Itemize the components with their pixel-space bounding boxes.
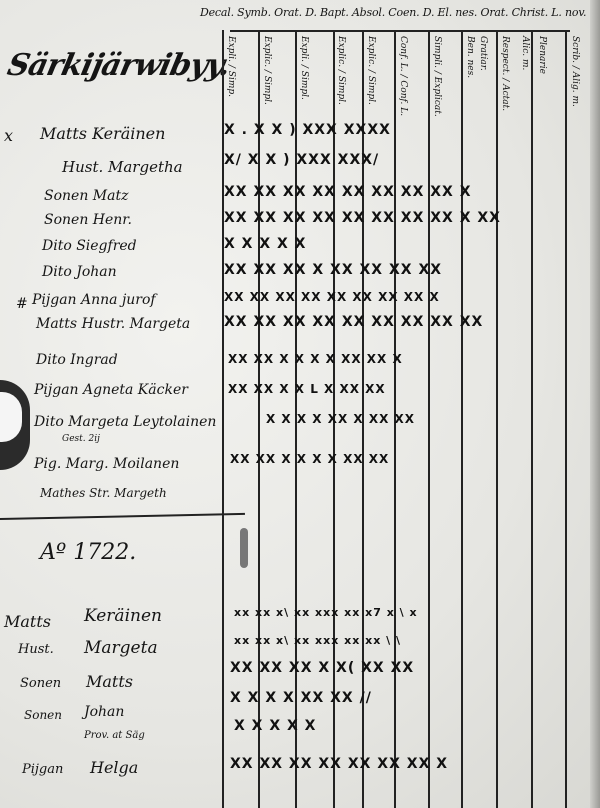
- column-header: Explic. / Simpl.: [366, 36, 376, 105]
- person-first-name: Hust.: [18, 642, 54, 657]
- column-rule: [531, 30, 533, 808]
- person-last-name: Matts: [86, 672, 133, 691]
- person-first-name: Matts: [4, 612, 51, 631]
- register-page: Decal. Symb. Orat. D. Bapt. Absol. Coen.…: [0, 0, 600, 808]
- person-name: Matts Hustr. Margeta: [36, 316, 190, 332]
- margin-mark: x: [4, 126, 13, 145]
- person-last-name: Margeta: [84, 638, 158, 658]
- column-header: Respect. / Actat.: [500, 36, 510, 111]
- attendance-marks: XX XX X X L X XX XX: [228, 382, 386, 396]
- attendance-marks: XX XX XX XX XX XX XX XX X: [224, 290, 440, 304]
- column-header: Expli. / Simp.: [226, 36, 236, 97]
- column-header: Alic. m.: [520, 36, 530, 70]
- section-divider: [0, 513, 245, 520]
- person-name: Sonen Matz: [44, 188, 128, 204]
- column-header: Expli. / Simpl.: [299, 36, 309, 100]
- person-name: Matts Keräinen: [40, 124, 165, 143]
- column-header: Conf. L. / Conf. L.: [398, 36, 408, 116]
- page-edge: [590, 0, 600, 808]
- column-rule: [565, 30, 567, 808]
- person-name: Pijgan Anna jurof: [32, 292, 156, 308]
- attendance-marks: X X X X X: [234, 718, 316, 734]
- attendance-marks: X X X X XX XX //: [230, 690, 372, 706]
- person-last-name: Johan: [84, 704, 124, 720]
- attendance-marks: XX XX XX X XX XX XX XX: [224, 262, 442, 278]
- person-name: Dito Ingrad: [36, 352, 118, 368]
- column-header: Explic. / Simpl.: [336, 36, 346, 105]
- person-name: Pig. Marg. Moilanen: [34, 456, 179, 472]
- column-header: Plenarie: [537, 36, 547, 74]
- person-last-name: Keräinen: [84, 606, 162, 626]
- annotation: Prov. at Säg: [84, 730, 145, 741]
- ink-smudge: [240, 528, 248, 568]
- attendance-marks: X . X X ) XXX XXXX: [224, 122, 391, 138]
- person-first-name: Pijgan: [22, 762, 63, 777]
- attendance-marks: xx xx x\ xx xxx xx x7 x \ x: [234, 606, 418, 619]
- attendance-marks: X X X X X: [224, 236, 306, 252]
- attendance-marks: X/ X X ) XXX XXX/: [224, 152, 379, 168]
- person-name: Pijgan Agneta Käcker: [34, 382, 188, 398]
- person-first-name: Sonen: [20, 676, 61, 691]
- person-name: Mathes Str. Margeth: [40, 486, 167, 500]
- year-heading: Aº 1722.: [40, 540, 136, 565]
- annotation: Gest. 2ij: [62, 434, 100, 444]
- attendance-marks: X X X X XX X XX XX: [266, 412, 415, 426]
- person-name: Hust. Margetha: [62, 158, 183, 176]
- attendance-marks: xx xx x\ xx xxx xx xx \ \: [234, 634, 401, 647]
- person-name: Dito Siegfred: [42, 238, 137, 254]
- person-name: Dito Johan: [42, 264, 117, 280]
- attendance-marks: XX XX XX XX XX XX XX XX X XX: [224, 210, 501, 226]
- column-rule: [222, 30, 224, 808]
- person-name: Sonen Henr.: [44, 212, 132, 228]
- attendance-marks: XX XX XX X X( XX XX: [230, 660, 414, 676]
- column-header: Scrib. / Alig. m.: [570, 36, 580, 107]
- header-rule: [230, 30, 570, 32]
- column-header: Gratiar.: [478, 36, 488, 71]
- column-header: Simpli. / Explicat.: [432, 36, 442, 117]
- person-name: Dito Margeta Leytolainen: [34, 414, 216, 430]
- person-first-name: Sonen: [24, 708, 62, 722]
- column-header: Ben. nes.: [465, 36, 475, 78]
- column-rule: [496, 30, 498, 808]
- column-rule: [461, 30, 463, 808]
- village-title: Särkijärwibyy.: [4, 48, 233, 83]
- attendance-marks: XX XX XX XX XX XX XX X: [230, 756, 448, 772]
- attendance-marks: XX XX XX XX XX XX XX XX XX: [224, 314, 483, 330]
- margin-mark: #: [16, 296, 28, 312]
- attendance-marks: XX XX XX XX XX XX XX XX X: [224, 184, 472, 200]
- column-rule: [428, 30, 430, 808]
- column-header-line: Decal. Symb. Orat. D. Bapt. Absol. Coen.…: [200, 6, 595, 19]
- attendance-marks: XX XX X X X X XX XX: [230, 452, 389, 466]
- attendance-marks: XX XX X X X X XX XX X: [228, 352, 403, 366]
- person-last-name: Helga: [90, 758, 138, 777]
- column-header: Explic. / Simpl.: [262, 36, 272, 105]
